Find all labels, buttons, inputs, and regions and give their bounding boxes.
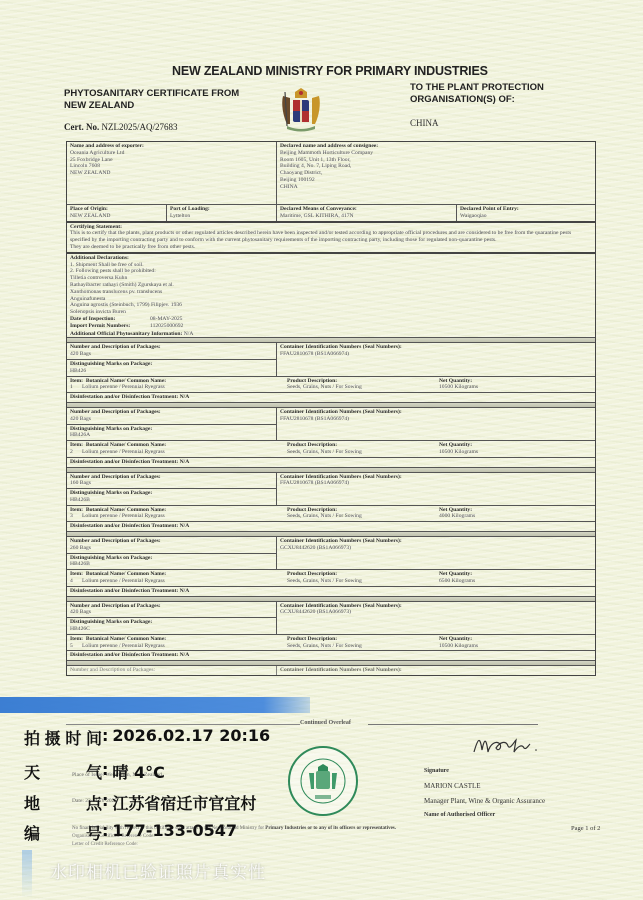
destination-country: CHINA: [410, 118, 439, 128]
watermark-side-accent: [22, 850, 32, 898]
packages-value: 160 Bags: [70, 480, 273, 487]
container-value: FFAU2810678 (BS1A066974): [280, 416, 592, 423]
packages-label: Number and Description of Packages:: [70, 409, 273, 416]
watermark-location-value: 江苏省宿迁市官宜村: [112, 791, 256, 814]
marks-label: Distinguishing Marks on Package:: [70, 361, 273, 368]
botanical-value: Lolium perenne / Perennial Ryegrass: [82, 643, 165, 649]
package-row: Number and Description of Packages: 420 …: [67, 408, 595, 441]
item-number: 4: [70, 578, 82, 585]
treatment-value: N/A: [180, 394, 190, 400]
watermark-id-value: 177-133-0547: [112, 821, 237, 844]
watermark-location-key: 地点: [24, 791, 102, 814]
packages-label: Number and Description of Packages:: [70, 603, 273, 610]
item-number: 2: [70, 449, 82, 456]
destination-organisation: TO THE PLANT PROTECTION ORGANISATION(S) …: [410, 82, 610, 106]
exporter-address-line: NEW ZEALAND: [70, 170, 273, 177]
marks-label: Distinguishing Marks on Package:: [70, 555, 273, 562]
package-info: Number and Description of Packages: 420 …: [67, 602, 277, 634]
declaration-line: 1. Shipment Shall be free of soil.: [70, 262, 592, 269]
next-container-label: Container Identification Numbers (Seal N…: [277, 666, 595, 675]
declaration-line: 2. Following pests shall be prohibited:: [70, 268, 592, 275]
container-value: GCXU8442620 (BS1A066973): [280, 609, 592, 616]
item-number: 1: [70, 384, 82, 391]
next-packages-label: Number and Description of Packages:: [67, 666, 276, 675]
declaration-line: Anguina agrostis (Steinbuch, 1799) Filip…: [70, 302, 592, 309]
treatment-value: N/A: [180, 652, 190, 658]
watermark-location: 地点:江苏省宿迁市官宜村: [24, 791, 256, 814]
product-label: Product Description:: [287, 507, 439, 514]
consignee-address-line: Chaoyang District,: [280, 170, 592, 177]
watermark-weather-value: 晴 4°C: [112, 760, 164, 783]
consignee-address-line: Beijing Mammoth Horticulture Company: [280, 150, 592, 157]
item-number: 3: [70, 513, 82, 520]
cert-type-line2: NEW ZEALAND: [64, 100, 264, 112]
cert-no-value: NZL2025/AQ/27683: [102, 122, 178, 132]
botanical-label: Botanical Name/ Common Name:: [86, 636, 166, 642]
entry-label: Declared Point of Entry:: [460, 206, 592, 213]
permit-line: Import Permit Numbers: 112025000692: [70, 323, 592, 330]
botanical-label: Botanical Name/ Common Name:: [86, 442, 166, 448]
treatment-row: Disinfestation and/or Disinfection Treat…: [67, 651, 595, 661]
watermark-id: 编号:177-133-0547: [24, 821, 237, 844]
product-label: Product Description:: [287, 636, 439, 643]
net-label: Net Quantity:: [439, 507, 592, 514]
marks-cell: Distinguishing Marks on Package: HB426: [67, 359, 276, 376]
official-info-row: Additional Official Phytosanitary Inform…: [67, 331, 595, 339]
packages-label: Number and Description of Packages:: [70, 344, 273, 351]
exporter-address: Oceania Agriculture Ltd25 Foxbridge Lane…: [70, 150, 273, 177]
loading-label: Port of Loading:: [170, 206, 273, 213]
declaration-line: Solenopsis invicta Buren: [70, 309, 592, 316]
consignee-address-line: CHINA: [280, 184, 592, 191]
packages-value: 260 Bags: [70, 545, 273, 552]
cert-no-label: Cert. No.: [64, 122, 99, 132]
additional-row: Additional Declarations: 1. Shipment Sha…: [67, 254, 595, 331]
packages-value: 420 Bags: [70, 609, 273, 616]
net-label: Net Quantity:: [439, 378, 592, 385]
packages-label: Number and Description of Packages:: [70, 538, 273, 545]
to-org-line2: ORGANISATION(S) OF:: [410, 94, 610, 106]
conveyance-cell: Declared Means of Conveyance: Maritime, …: [277, 205, 457, 221]
marks-label: Distinguishing Marks on Package:: [70, 619, 273, 626]
item-row: Item: Botanical Name/ Common Name: 1Loli…: [67, 377, 595, 394]
officer-name: MARION CASTLE: [424, 782, 481, 790]
marks-value: HB426B: [70, 561, 273, 568]
container-label: Container Identification Numbers (Seal N…: [280, 409, 592, 416]
treatment-label: Disinfestation and/or Disinfection Treat…: [70, 523, 178, 529]
watermark-verified: 水印相机已验证照片真实性: [50, 858, 266, 883]
packages-label: Number and Description of Packages:: [70, 474, 273, 481]
item-label: Item:: [70, 378, 83, 384]
package-row: Number and Description of Packages: 260 …: [67, 537, 595, 570]
conveyance-value: Maritime, GSL KITHIRA, 417N: [280, 213, 453, 220]
consignee-address-line: Room 1605, Unit 1, 13th Floor,: [280, 157, 592, 164]
consignee-address-line: Beijing 100192: [280, 177, 592, 184]
container-value: FFAU2810678 (BS1A066974): [280, 351, 592, 358]
product-cell: Product Description: Seeds, Grains, Nuts…: [287, 571, 439, 585]
treatment-value: N/A: [180, 588, 190, 594]
page-number: Page 1 of 2: [571, 825, 600, 832]
marks-cell: Distinguishing Marks on Package: HB426B: [67, 553, 276, 570]
botanical-cell: Item: Botanical Name/ Common Name: 1Loli…: [70, 378, 287, 392]
item-label: Item:: [70, 442, 83, 448]
package-row: Number and Description of Packages: 160 …: [67, 473, 595, 506]
item-label: Item:: [70, 636, 83, 642]
consignment-item: Number and Description of Packages: 420 …: [67, 343, 595, 403]
loading-value: Lyttelton: [170, 213, 273, 220]
net-quantity-cell: Net Quantity: 10500 Kilograms: [439, 636, 592, 650]
item-label: Item:: [70, 571, 83, 577]
container-value: FFAU2810678 (BS1A066974): [280, 480, 592, 487]
watermark-weather-key: 天气: [24, 760, 102, 783]
treatment-row: Disinfestation and/or Disinfection Treat…: [67, 522, 595, 532]
package-info: Number and Description of Packages: 260 …: [67, 537, 277, 569]
packages-cell: Number and Description of Packages: 420 …: [67, 602, 276, 618]
product-value: Seeds, Grains, Nuts / For Sowing: [287, 513, 439, 520]
watermark-bar: [0, 697, 310, 713]
permit-label: Import Permit Numbers:: [70, 323, 150, 330]
package-row: Number and Description of Packages: 420 …: [67, 343, 595, 376]
certificate-page: NEW ZEALAND MINISTRY FOR PRIMARY INDUSTR…: [0, 0, 643, 900]
consignee-address: Beijing Mammoth Horticulture CompanyRoom…: [280, 150, 592, 191]
permit-number: 112025000692: [150, 323, 183, 330]
net-value: 6500 Kilograms: [439, 578, 592, 585]
certifying-statement: Certifying Statement: This is to certify…: [67, 223, 595, 252]
consignee-address-line: Building 4, No. 7, Liping Road,: [280, 163, 592, 170]
package-info: Number and Description of Packages: 420 …: [67, 408, 277, 440]
consignment-item: Number and Description of Packages: 260 …: [67, 537, 595, 597]
botanical-value: Lolium perenne / Perennial Ryegrass: [82, 384, 165, 390]
cert-type-line1: PHYTOSANITARY CERTIFICATE FROM: [64, 88, 264, 100]
net-value: 4000 Kilograms: [439, 513, 592, 520]
authorised-officer-label: Name of Authorised Officer: [424, 812, 495, 818]
packages-cell: Number and Description of Packages: 260 …: [67, 537, 276, 553]
additional-label: Additional Declarations:: [70, 255, 592, 262]
product-value: Seeds, Grains, Nuts / For Sowing: [287, 643, 439, 650]
net-label: Net Quantity:: [439, 442, 592, 449]
declaration-line: Rathayibacter rathayi (Smith) Zgurskaya …: [70, 282, 592, 289]
net-value: 10500 Kilograms: [439, 643, 592, 650]
package-row: Number and Description of Packages: 420 …: [67, 602, 595, 635]
packages-value: 420 Bags: [70, 351, 273, 358]
net-label: Net Quantity:: [439, 571, 592, 578]
entry-cell: Declared Point of Entry: Waigaoqiao: [457, 205, 595, 221]
divider: [66, 724, 300, 725]
exporter-address-line: 25 Foxbridge Lane: [70, 157, 273, 164]
container-label: Container Identification Numbers (Seal N…: [280, 538, 592, 545]
treatment-value: N/A: [180, 523, 190, 529]
product-cell: Product Description: Seeds, Grains, Nuts…: [287, 378, 439, 392]
product-value: Seeds, Grains, Nuts / For Sowing: [287, 384, 439, 391]
treatment-row: Disinfestation and/or Disinfection Treat…: [67, 393, 595, 403]
net-quantity-cell: Net Quantity: 6500 Kilograms: [439, 571, 592, 585]
item-label: Item:: [70, 507, 83, 513]
marks-cell: Distinguishing Marks on Package: HB426B: [67, 488, 276, 505]
ministry-seal-icon: [287, 745, 359, 817]
container-value: GCXU8442620 (BS1A066973): [280, 545, 592, 552]
consignment-item: Number and Description of Packages: 420 …: [67, 602, 595, 662]
packages-value: 420 Bags: [70, 416, 273, 423]
botanical-value: Lolium perenne / Perennial Ryegrass: [82, 449, 165, 455]
certificate-number: Cert. No. NZL2025/AQ/27683: [64, 122, 178, 132]
inspection-line: Date of Inspection: 08-MAY-2025: [70, 316, 592, 323]
item-row: Item: Botanical Name/ Common Name: 4Loli…: [67, 570, 595, 587]
consignment-item: Number and Description of Packages: 420 …: [67, 408, 595, 468]
loading-cell: Port of Loading: Lyttelton: [167, 205, 277, 221]
treatment-label: Disinfestation and/or Disinfection Treat…: [70, 652, 178, 658]
parties-row: Name and address of exporter: Oceania Ag…: [67, 142, 595, 205]
net-value: 10500 Kilograms: [439, 449, 592, 456]
item-row: Item: Botanical Name/ Common Name: 3Loli…: [67, 506, 595, 523]
product-label: Product Description:: [287, 571, 439, 578]
treatment-value: N/A: [180, 459, 190, 465]
marks-label: Distinguishing Marks on Package:: [70, 426, 273, 433]
container-cell: Container Identification Numbers (Seal N…: [277, 343, 595, 375]
net-quantity-cell: Net Quantity: 4000 Kilograms: [439, 507, 592, 521]
marks-value: HB426C: [70, 626, 273, 633]
marks-value: HB426: [70, 368, 273, 375]
entry-value: Waigaoqiao: [460, 213, 592, 220]
watermark-time: 拍摄时间:2026.02.17 20:16: [24, 726, 270, 749]
shipping-row: Place of Origin: NEW ZEALAND Port of Loa…: [67, 205, 595, 223]
exporter-address-line: Oceania Agriculture Ltd: [70, 150, 273, 157]
conveyance-label: Declared Means of Conveyance:: [280, 206, 453, 213]
package-info: Number and Description of Packages: 420 …: [67, 343, 277, 375]
item-row: Item: Botanical Name/ Common Name: 2Loli…: [67, 441, 595, 458]
declaration-line: Tilletia controversa Kuhn: [70, 275, 592, 282]
origin-cell: Place of Origin: NEW ZEALAND: [67, 205, 167, 221]
certificate-form: Name and address of exporter: Oceania Ag…: [66, 141, 596, 676]
inspection-date: 08-MAY-2025: [150, 316, 182, 323]
consignee-label: Declared name and address of consignee:: [280, 143, 592, 150]
botanical-label: Botanical Name/ Common Name:: [86, 378, 166, 384]
official-info-value: N/A: [184, 331, 194, 338]
treatment-label: Disinfestation and/or Disinfection Treat…: [70, 459, 178, 465]
signature-icon: [470, 730, 540, 760]
next-packages-cell: Number and Description of Packages:: [67, 666, 277, 675]
exporter-address-line: Lincoln 7608: [70, 163, 273, 170]
product-value: Seeds, Grains, Nuts / For Sowing: [287, 578, 439, 585]
continued-overleaf: Continued Overleaf: [300, 720, 540, 726]
certifying-text2: They are deemed to be practically free f…: [70, 244, 592, 251]
net-quantity-cell: Net Quantity: 10500 Kilograms: [439, 442, 592, 456]
product-cell: Product Description: Seeds, Grains, Nuts…: [287, 442, 439, 456]
net-label: Net Quantity:: [439, 636, 592, 643]
origin-value: NEW ZEALAND: [70, 213, 163, 220]
package-info: Number and Description of Packages: 160 …: [67, 473, 277, 505]
to-org-line1: TO THE PLANT PROTECTION: [410, 82, 610, 94]
certifying-row: Certifying Statement: This is to certify…: [67, 223, 595, 254]
botanical-cell: Item: Botanical Name/ Common Name: 4Loli…: [70, 571, 287, 585]
botanical-cell: Item: Botanical Name/ Common Name: 2Loli…: [70, 442, 287, 456]
packages-cell: Number and Description of Packages: 420 …: [67, 408, 276, 424]
marks-label: Distinguishing Marks on Package:: [70, 490, 273, 497]
product-label: Product Description:: [287, 378, 439, 385]
treatment-label: Disinfestation and/or Disinfection Treat…: [70, 394, 178, 400]
officer-title: Manager Plant, Wine & Organic Assurance: [424, 797, 545, 805]
marks-value: HB426A: [70, 432, 273, 439]
exporter-label: Name and address of exporter:: [70, 143, 273, 150]
container-cell: Container Identification Numbers (Seal N…: [277, 537, 595, 569]
treatment-row: Disinfestation and/or Disinfection Treat…: [67, 587, 595, 597]
coat-of-arms-icon: [275, 84, 327, 136]
treatment-label: Disinfestation and/or Disinfection Treat…: [70, 588, 178, 594]
additional-declarations: Additional Declarations: 1. Shipment Sha…: [67, 254, 595, 331]
marks-cell: Distinguishing Marks on Package: HB426C: [67, 617, 276, 634]
container-cell: Container Identification Numbers (Seal N…: [277, 408, 595, 440]
net-quantity-cell: Net Quantity: 10500 Kilograms: [439, 378, 592, 392]
botanical-value: Lolium perenne / Perennial Ryegrass: [82, 578, 165, 584]
botanical-cell: Item: Botanical Name/ Common Name: 5Loli…: [70, 636, 287, 650]
exporter-cell: Name and address of exporter: Oceania Ag…: [67, 142, 277, 204]
certificate-type: PHYTOSANITARY CERTIFICATE FROM NEW ZEALA…: [64, 88, 264, 112]
botanical-value: Lolium perenne / Perennial Ryegrass: [82, 513, 165, 519]
official-info-label: Additional Official Phytosanitary Inform…: [70, 331, 182, 338]
watermark-time-value: 2026.02.17 20:16: [112, 726, 270, 749]
watermark-time-key: 拍摄时间: [24, 726, 102, 749]
next-item-partial: Number and Description of Packages: Cont…: [67, 666, 595, 675]
product-value: Seeds, Grains, Nuts / For Sowing: [287, 449, 439, 456]
marks-value: HB426B: [70, 497, 273, 504]
container-cell: Container Identification Numbers (Seal N…: [277, 473, 595, 505]
botanical-cell: Item: Botanical Name/ Common Name: 3Loli…: [70, 507, 287, 521]
product-cell: Product Description: Seeds, Grains, Nuts…: [287, 507, 439, 521]
inspection-label: Date of Inspection:: [70, 316, 150, 323]
treatment-row: Disinfestation and/or Disinfection Treat…: [67, 458, 595, 468]
certifying-text: This is to certify that the plants, plan…: [70, 230, 592, 244]
watermark-weather: 天气:晴 4°C: [24, 760, 165, 783]
botanical-label: Botanical Name/ Common Name:: [86, 571, 166, 577]
declaration-line: Xanthomonas translucens pv. translucens: [70, 289, 592, 296]
consignment-items: Number and Description of Packages: 420 …: [67, 338, 595, 666]
container-cell: Container Identification Numbers (Seal N…: [277, 602, 595, 634]
ministry-title: NEW ZEALAND MINISTRY FOR PRIMARY INDUSTR…: [172, 64, 488, 78]
item-row: Item: Botanical Name/ Common Name: 5Loli…: [67, 635, 595, 652]
net-value: 10500 Kilograms: [439, 384, 592, 391]
product-label: Product Description:: [287, 442, 439, 449]
product-cell: Product Description: Seeds, Grains, Nuts…: [287, 636, 439, 650]
item-number: 5: [70, 643, 82, 650]
consignee-cell: Declared name and address of consignee: …: [277, 142, 595, 204]
packages-cell: Number and Description of Packages: 160 …: [67, 473, 276, 489]
watermark-id-key: 编号: [24, 821, 102, 844]
consignment-item: Number and Description of Packages: 160 …: [67, 473, 595, 533]
origin-label: Place of Origin:: [70, 206, 163, 213]
disclaimer-bold: Primary Industries or to any of its offi…: [265, 826, 396, 831]
packages-cell: Number and Description of Packages: 420 …: [67, 343, 276, 359]
additional-lines: 1. Shipment Shall be free of soil.2. Fol…: [70, 262, 592, 316]
botanical-label: Botanical Name/ Common Name:: [86, 507, 166, 513]
signature-label: Signature: [424, 768, 449, 774]
marks-cell: Distinguishing Marks on Package: HB426A: [67, 424, 276, 441]
